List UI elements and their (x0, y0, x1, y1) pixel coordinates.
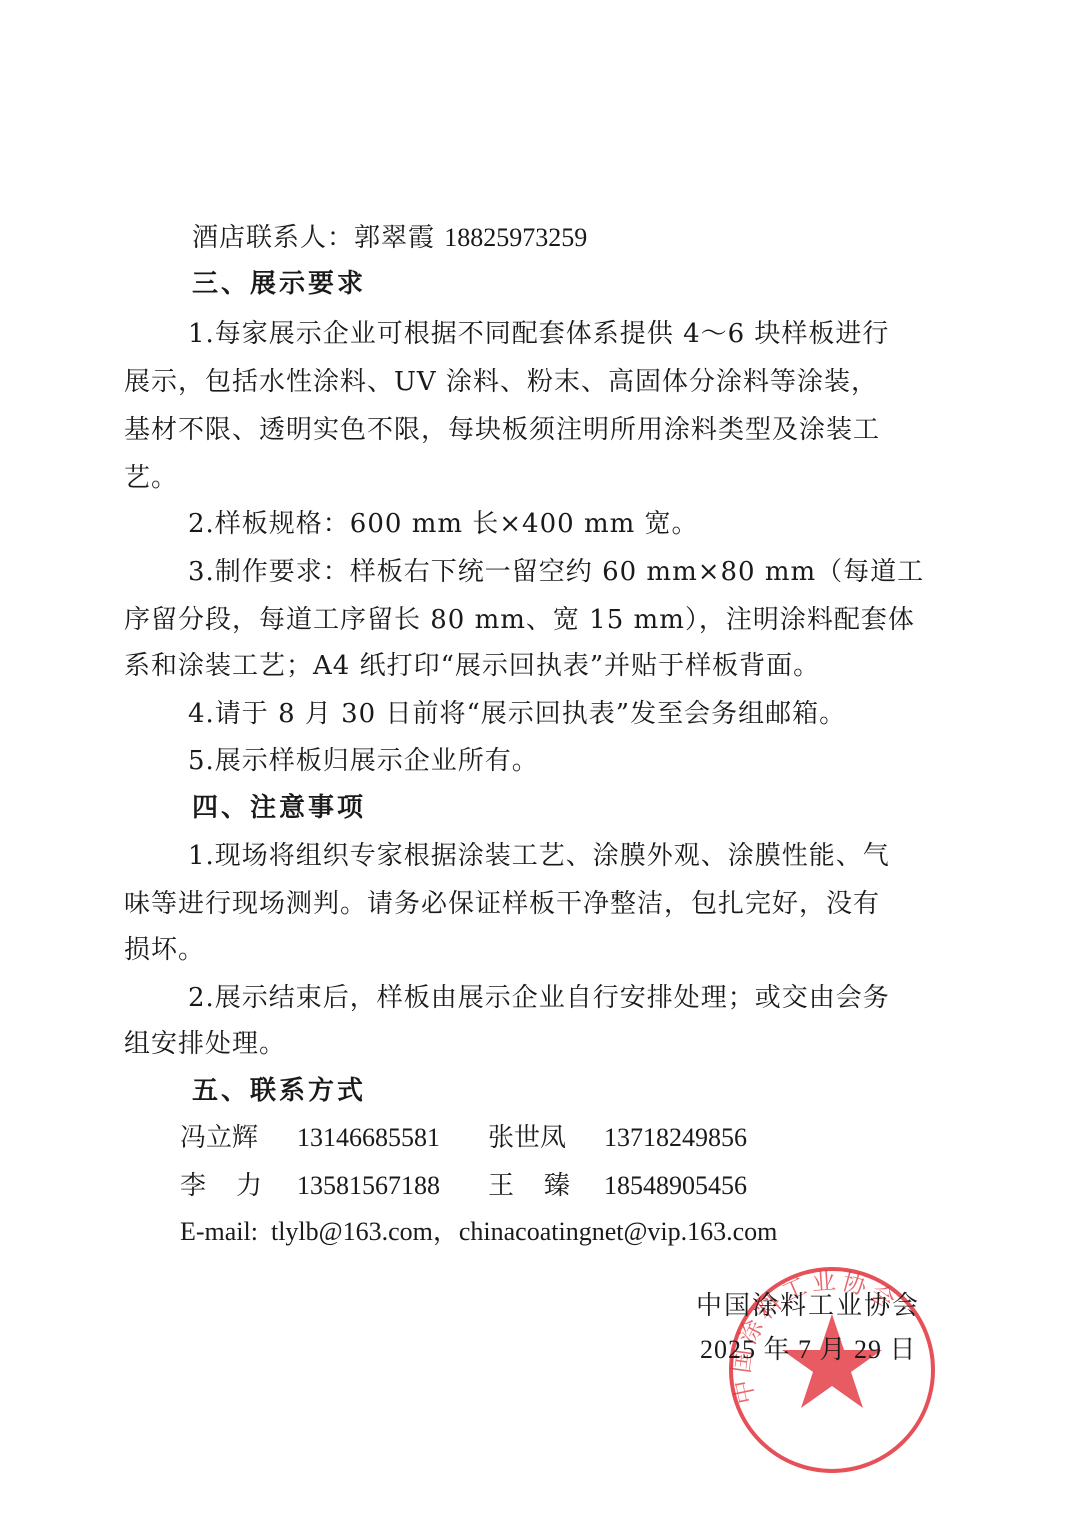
contact-name: 李 力 (180, 1170, 264, 1202)
s4-item1-line1: 1.现场将组织专家根据涂装工艺、涂膜外观、涂膜性能、气 (188, 840, 890, 872)
hotel-contact-name: 郭翠霞 (354, 223, 435, 253)
s3-item1-line2: 展示，包括水性涂料、UV 涂料、粉末、高固体分涂料等涂装， (124, 366, 878, 398)
s3-item1-line1: 1.每家展示企业可根据不同配套体系提供 4～6 块样板进行 (188, 318, 889, 350)
hotel-contact: 酒店联系人：郭翠霞 18825973259 (192, 222, 587, 254)
hotel-contact-phone: 18825973259 (444, 223, 587, 252)
signature-organization: 中国涂料工业协会 (696, 1290, 920, 1322)
s4-item2-line1: 2.展示结束后，样板由展示企业自行安排处理；或交由会务 (188, 982, 890, 1014)
email-line: E-mail: tlylb@163.com，chinacoatingnet@vi… (180, 1216, 777, 1248)
s4-item2-line2: 组安排处理。 (124, 1028, 286, 1060)
s3-item3-line2: 序留分段，每道工序留长 80 mm、宽 15 mm），注明涂料配套体 (124, 604, 915, 636)
s4-item1-line3: 损坏。 (124, 934, 205, 966)
contact-phone: 13581567188 (297, 1170, 440, 1202)
s3-item2: 2.样板规格：600 mm 长×400 mm 宽。 (188, 508, 699, 540)
contact-phone: 18548905456 (604, 1170, 747, 1202)
contact-name: 王 臻 (488, 1170, 572, 1202)
section-3-title: 三、展示要求 (192, 268, 366, 300)
section-5-title: 五、联系方式 (192, 1075, 366, 1107)
email-label: E-mail: (180, 1217, 258, 1246)
s3-item1-line4: 艺。 (124, 462, 178, 494)
s3-item3-line3: 系和涂装工艺；A4 纸打印“展示回执表”并贴于样板背面。 (124, 650, 820, 682)
email-addresses[interactable]: tlylb@163.com，chinacoatingnet@vip.163.co… (271, 1217, 777, 1246)
s3-item5: 5.展示样板归展示企业所有。 (188, 745, 539, 777)
contact-phone: 13718249856 (604, 1122, 747, 1154)
contact-phone: 13146685581 (297, 1122, 440, 1154)
s3-item1-line3: 基材不限、透明实色不限，每块板须注明所用涂料类型及涂装工 (124, 414, 880, 446)
s3-item3-line1: 3.制作要求：样板右下统一留空约 60 mm×80 mm（每道工 (188, 556, 924, 588)
section-4-title: 四、注意事项 (192, 792, 366, 824)
signature-date: 2025 年 7 月 29 日 (700, 1334, 917, 1366)
contact-name: 张世凤 (488, 1122, 566, 1154)
s3-item4: 4.请于 8 月 30 日前将“展示回执表”发至会务组邮箱。 (188, 698, 846, 730)
s4-item1-line2: 味等进行现场测判。请务必保证样板干净整洁，包扎完好，没有 (124, 888, 880, 920)
contact-name: 冯立辉 (180, 1122, 258, 1154)
hotel-contact-label: 酒店联系人： (192, 223, 354, 253)
